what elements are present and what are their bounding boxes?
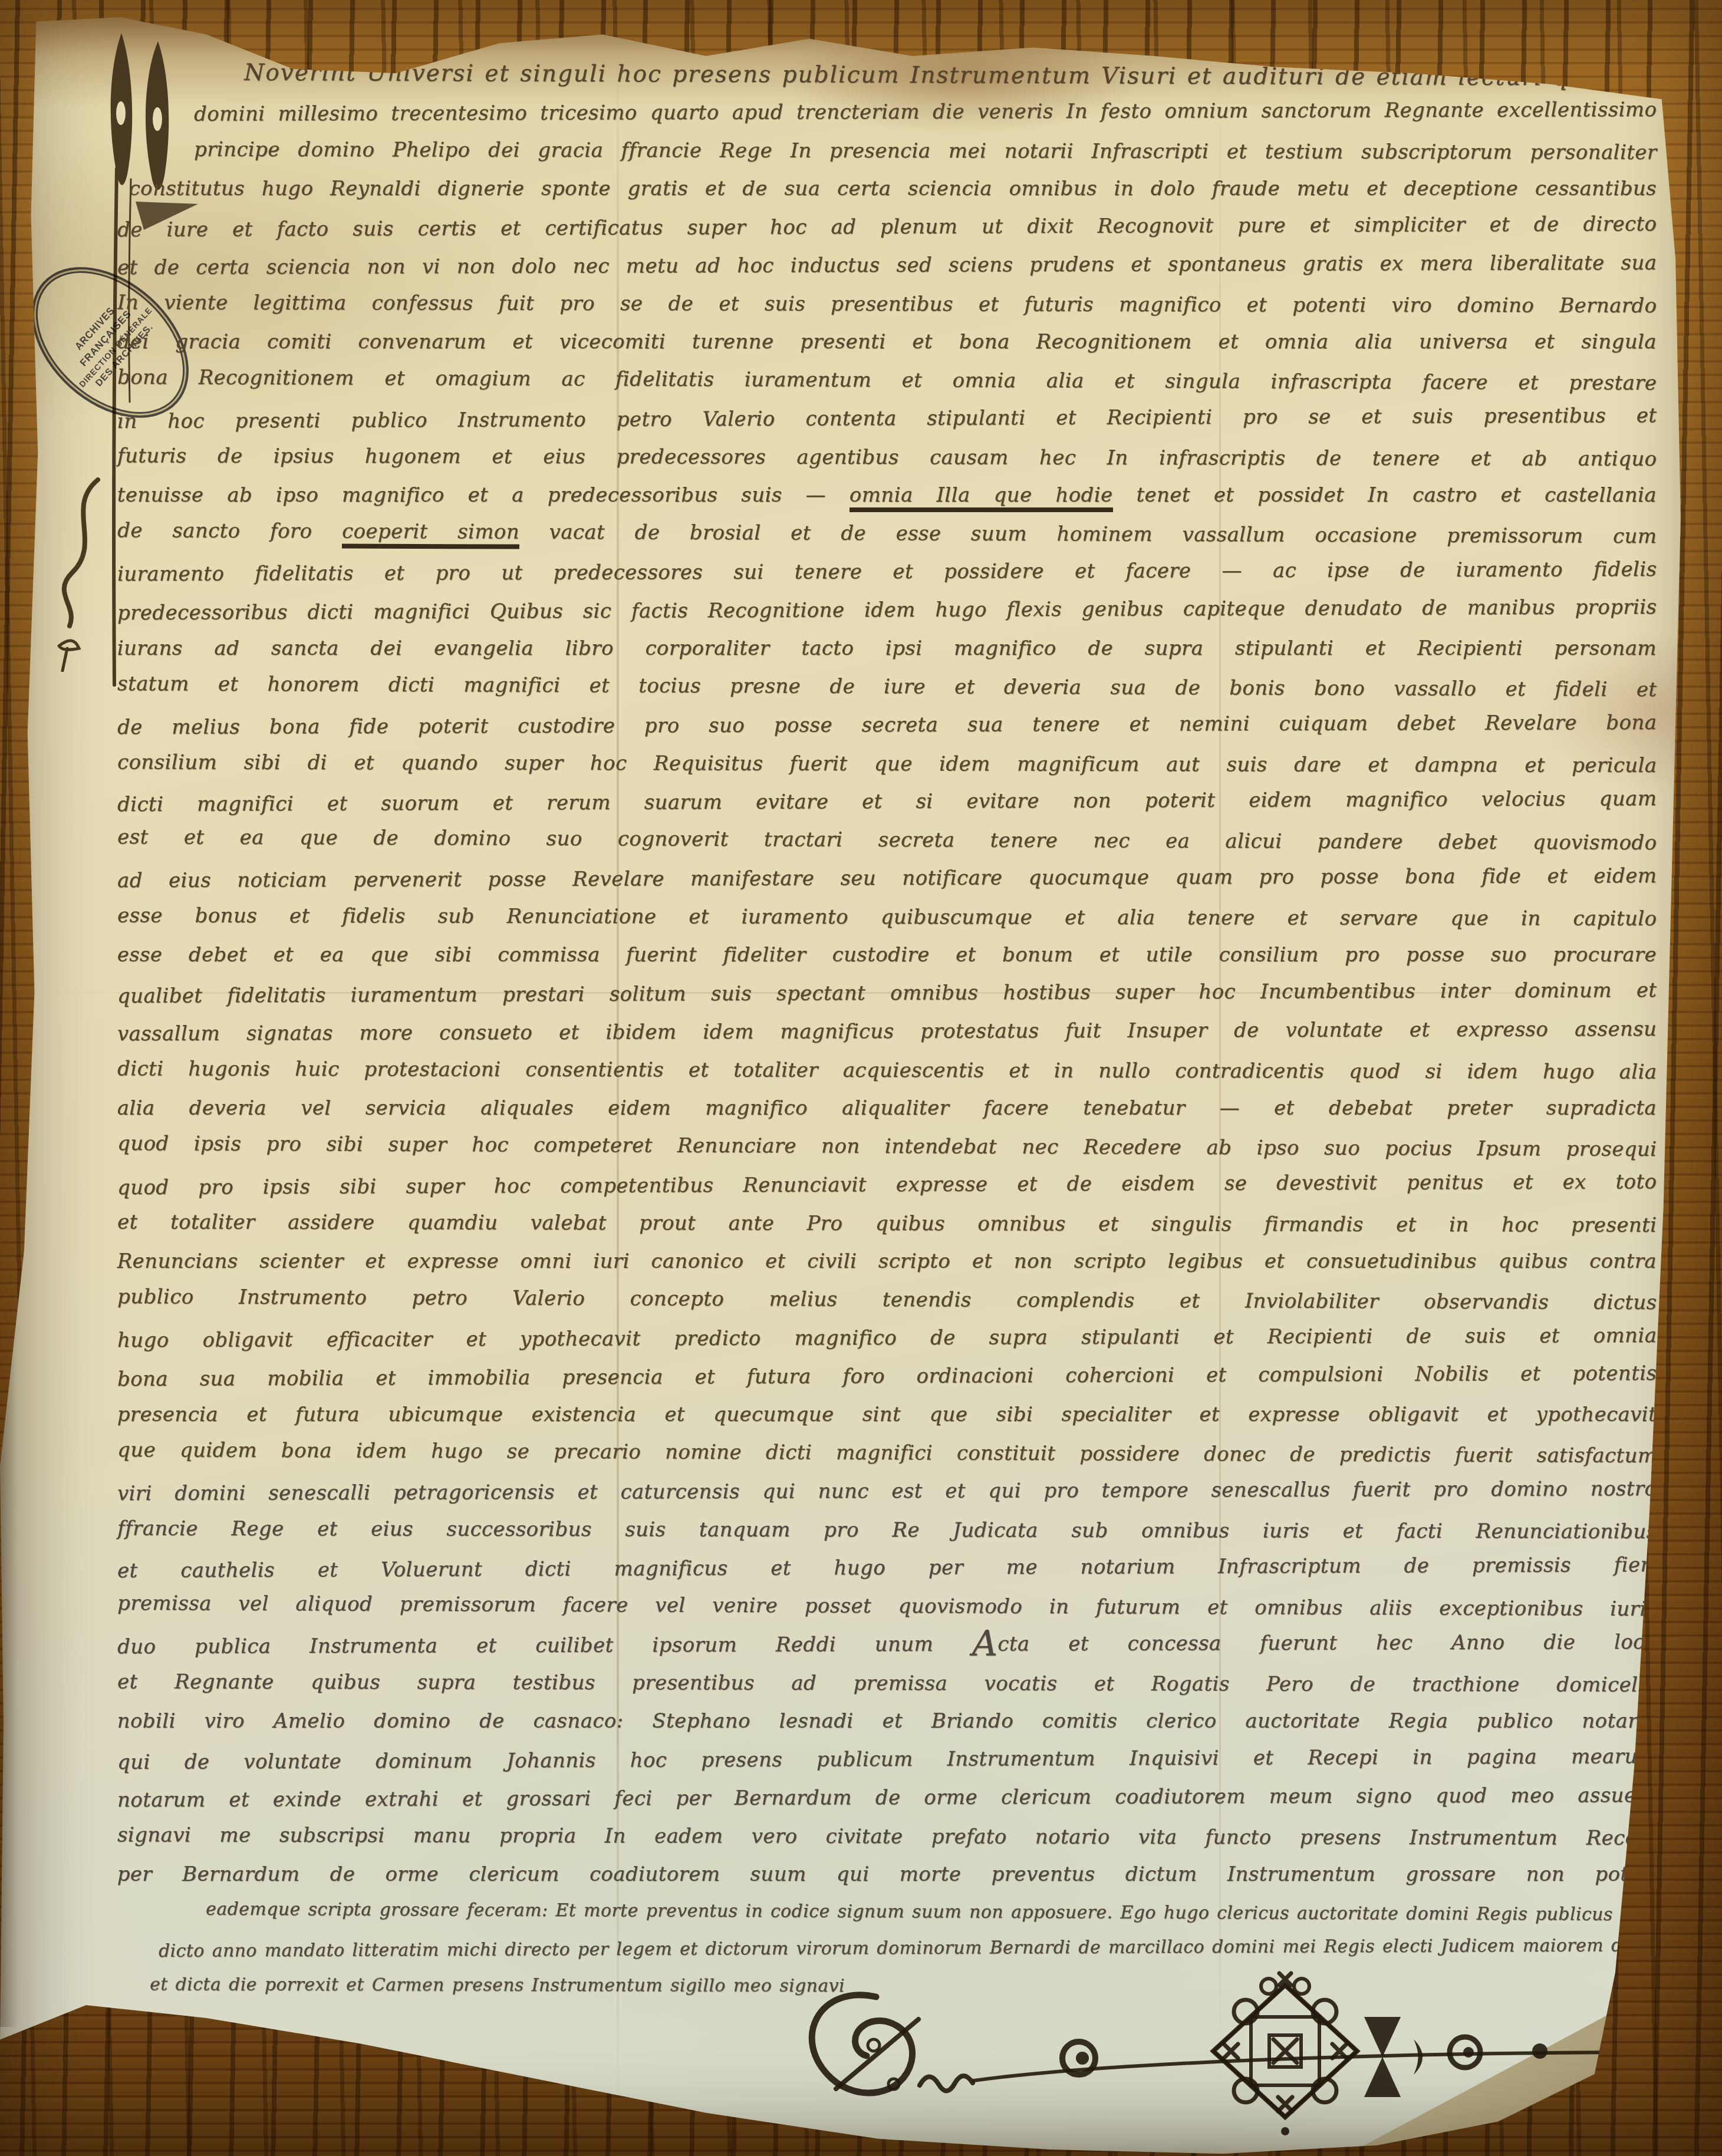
- text-run: in hoc presenti publico Instrumento petr…: [117, 404, 1657, 433]
- text-run: domini millesimo trecentesimo tricesimo …: [194, 98, 1657, 126]
- text-line: iurans ad sancta dei evangelia libro cor…: [117, 638, 1657, 677]
- text-run: Renuncians scienter et expresse omni iur…: [117, 1250, 1657, 1273]
- text-line: constitutus hugo Reynaldi dignerie spont…: [117, 179, 1657, 217]
- left-edge-shadow: [0, 1121, 18, 2026]
- text-line: tenuisse ab ipso magnifico et a predeces…: [117, 485, 1657, 523]
- text-run: et cauthelis et Voluerunt dicti magnific…: [117, 1553, 1657, 1583]
- pen-nib-mark-icon: [1633, 1999, 1721, 2095]
- text-run: de melius bona fide poterit custodire pr…: [117, 711, 1657, 739]
- text-line: et Regnante quibus supra testibus presen…: [117, 1672, 1657, 1713]
- text-run: notarum et exinde extrahi et grossari fe…: [117, 1784, 1657, 1812]
- text-run: quod pro ipsis sibi super hoc competenti…: [117, 1170, 1657, 1199]
- text-line: esse bonus et fidelis sub Renunciatione …: [117, 905, 1657, 947]
- text-line: viri domini senescalli petragoricensis e…: [117, 1479, 1657, 1522]
- manuscript-text: Noverint Universi et singuli hoc presens…: [117, 64, 1657, 2012]
- text-run: tenuisse ab ipso magnifico et a predeces…: [117, 483, 850, 507]
- text-line: domini millesimo trecentesimo tricesimo …: [117, 100, 1657, 143]
- text-run: In viente legittima confessus fuit pro s…: [117, 291, 1657, 317]
- text-run: et de certa sciencia non vi non dolo nec…: [117, 251, 1657, 279]
- text-run: Noverint Universi et singuli hoc presens…: [244, 60, 1691, 91]
- text-run: cta et concessa fuerunt hec Anno die loc…: [997, 1630, 1657, 1656]
- text-run: vacat de brosial et de esse suum hominem…: [519, 520, 1657, 548]
- text-run: dei gracia comiti convenarum et vicecomi…: [117, 330, 1657, 354]
- text-run: esse debet et ea que sibi commissa fueri…: [117, 943, 1657, 967]
- notarial-signs: [513, 1963, 1721, 2145]
- text-run: duo publica Instrumenta et cuilibet ipso…: [117, 1633, 972, 1659]
- text-line: futuris de ipsius hugonem et eius predec…: [117, 446, 1657, 487]
- text-line: alia deveria vel servicia aliquales eide…: [117, 1098, 1657, 1136]
- text-run: est et ea que de domino suo cognoverit t…: [117, 825, 1657, 855]
- text-run: alia deveria vel servicia aliquales eide…: [117, 1096, 1657, 1120]
- text-line: nobili viro Amelio domino de casnaco: St…: [117, 1711, 1657, 1749]
- text-line: ad eius noticiam pervenerit posse Revela…: [117, 866, 1657, 909]
- text-run: dicti hugonis huic protestacioni consent…: [117, 1057, 1657, 1083]
- text-line: In viente legittima confessus fuit pro s…: [117, 292, 1657, 334]
- text-line: in hoc presenti publico Instrumento petr…: [117, 406, 1657, 450]
- notary-sign-lozenge-icon: [1213, 1973, 1357, 2135]
- text-run: eademque scripta grossare feceram: Et mo…: [206, 1899, 1722, 1926]
- text-run: vassallum signatas more consueto et ibid…: [117, 1017, 1657, 1046]
- text-run: nobili viro Amelio domino de casnaco: St…: [117, 1709, 1657, 1733]
- text-line: Renuncians scienter et expresse omni iur…: [117, 1251, 1657, 1290]
- margin-mark-icon: [41, 472, 130, 672]
- text-run: et Regnante quibus supra testibus presen…: [117, 1670, 1657, 1696]
- dot-mark-icon: [1532, 2043, 1548, 2059]
- photograph: ARCHIVES FRANÇAISES DIRECTION GÉNÉRALE D…: [0, 0, 1722, 2156]
- text-line: de melius bona fide poterit custodire pr…: [117, 713, 1657, 756]
- text-run: viri domini senescalli petragoricensis e…: [117, 1477, 1657, 1505]
- text-line: predecessoribus dicti magnifici Quibus s…: [117, 597, 1657, 641]
- text-run: constitutus hugo Reynaldi dignerie spont…: [129, 177, 1657, 200]
- text-run: esse bonus et fidelis sub Renunciatione …: [117, 904, 1657, 930]
- text-line: per Bernardum de orme clericum coadiutor…: [117, 1864, 1657, 1903]
- text-run: hugo obligavit efficaciter et ypothecavi…: [117, 1324, 1657, 1352]
- parchment-document: ARCHIVES FRANÇAISES DIRECTION GÉNÉRALE D…: [0, 0, 1722, 2156]
- text-run: per Bernardum de orme clericum coadiutor…: [117, 1862, 1657, 1886]
- text-line: presencia et futura ubicumque existencia…: [117, 1405, 1657, 1443]
- text-run: ad eius noticiam pervenerit posse Revela…: [117, 864, 1657, 892]
- text-line: quod pro ipsis sibi super hoc competenti…: [117, 1172, 1657, 1216]
- text-line: et totaliter assidere quamdiu valebat pr…: [117, 1212, 1657, 1253]
- text-line: duo publica Instrumenta et cuilibet ipso…: [117, 1632, 1657, 1675]
- text-line: vassallum signatas more consueto et ibid…: [117, 1019, 1657, 1062]
- underlined-phrase: coeperit simon: [342, 519, 519, 549]
- text-run: ffrancie Rege et eius successoribus suis…: [117, 1517, 1657, 1543]
- text-line: principe domino Phelipo dei gracia ffran…: [117, 139, 1657, 180]
- text-run: iuramento fidelitatis et pro ut predeces…: [117, 558, 1657, 586]
- text-run: de sancto foro: [117, 519, 342, 543]
- text-line: et de certa sciencia non vi non dolo nec…: [117, 253, 1657, 296]
- paraph-flourish-icon: [812, 1995, 973, 2093]
- text-line: bona sua mobilia et immobilia presencia …: [117, 1363, 1657, 1407]
- flourished-capital: A: [972, 1623, 997, 1664]
- underlined-phrase: omnia Illa que hodie: [850, 483, 1113, 512]
- text-run: premissa vel aliquod premissorum facere …: [117, 1591, 1657, 1621]
- text-line: notarum et exinde extrahi et grossari fe…: [117, 1785, 1657, 1828]
- text-line: dei gracia comiti convenarum et vicecomi…: [117, 332, 1657, 370]
- text-run: principe domino Phelipo dei gracia ffran…: [194, 138, 1657, 164]
- text-run: consilium sibi di et quando super hoc Re…: [117, 750, 1657, 777]
- text-line: esse debet et ea que sibi commissa fueri…: [117, 945, 1657, 983]
- text-run: dicto anno mandato litteratim michi dire…: [159, 1935, 1679, 1962]
- text-line: signavi me subscripsi manu propria In ea…: [117, 1825, 1657, 1866]
- text-run: futuris de ipsius hugonem et eius predec…: [117, 444, 1657, 470]
- text-line: dicti hugonis huic protestacioni consent…: [117, 1059, 1657, 1100]
- text-run: signavi me subscripsi manu propria In ea…: [117, 1823, 1657, 1850]
- text-run: dicti magnifici et suorum et rerum suaru…: [117, 787, 1657, 816]
- text-run: et totaliter assidere quamdiu valebat pr…: [117, 1210, 1657, 1237]
